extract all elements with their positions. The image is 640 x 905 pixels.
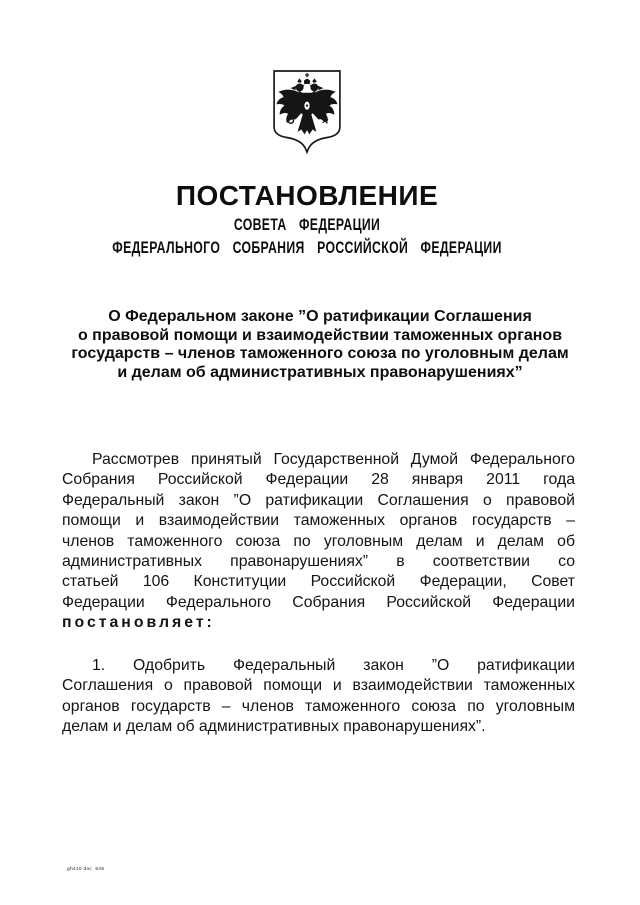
body-line: помощи и взаимодействии таможенных орган…: [62, 511, 575, 531]
body-line: Федерации Федерального Собрания Российск…: [62, 593, 575, 613]
subject-line: О Федеральном законе ”О ратификации Согл…: [62, 308, 578, 327]
body-line: административных правонарушениях” в соот…: [62, 552, 575, 572]
subject-heading: О Федеральном законе ”О ратификации Согл…: [62, 308, 578, 382]
subject-line: государств – членов таможенного союза по…: [62, 345, 578, 364]
subject-line: и делам об административных правонарушен…: [62, 364, 578, 383]
title-issuer-line-2: ФЕДЕРАЛЬНОГО СОБРАНИЯ РОССИЙСКОЙ ФЕДЕРАЦ…: [112, 239, 501, 257]
footer-imprint: gh410 doc 645: [67, 866, 104, 871]
body-line: Рассмотрев принятый Государственной Думо…: [62, 450, 575, 470]
body-line: членов таможенного союза по уголовным де…: [62, 532, 575, 552]
resolve-word: постановляет:: [62, 613, 575, 633]
document-page: ПОСТАНОВЛЕНИЕ СОВЕТА ФЕДЕРАЦИИ ФЕДЕРАЛЬН…: [0, 0, 640, 905]
title-issuer-line-1: СОВЕТА ФЕДЕРАЦИИ: [234, 216, 380, 234]
body-line: делам и делам об административных правон…: [62, 717, 575, 737]
body-line: Соглашения о правовой помощи и взаимодей…: [62, 676, 575, 696]
body-paragraph-item-1: 1. Одобрить Федеральный закон ”О ратифик…: [62, 656, 575, 738]
document-title: ПОСТАНОВЛЕНИЕ: [176, 181, 438, 211]
russia-coat-of-arms-icon: [272, 69, 342, 157]
body-line: Собрания Российской Федерации 28 января …: [62, 470, 575, 490]
body-line: статьей 106 Конституции Российской Федер…: [62, 572, 575, 592]
body-line: органов государств – членов таможенного …: [62, 697, 575, 717]
subject-line: о правовой помощи и взаимодействии тамож…: [62, 327, 578, 346]
body-line: 1. Одобрить Федеральный закон ”О ратифик…: [62, 656, 575, 676]
body-paragraph-preamble: Рассмотрев принятый Государственной Думо…: [62, 450, 575, 634]
body-line: Федеральный закон ”О ратификации Соглаше…: [62, 491, 575, 511]
